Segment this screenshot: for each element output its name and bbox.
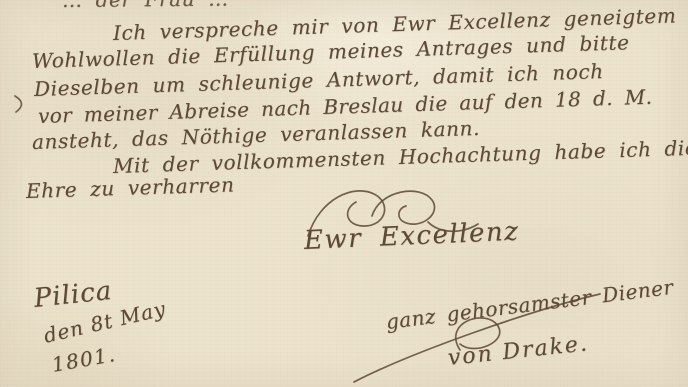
flourish-stroke	[15, 96, 22, 112]
pen-mark-icon	[12, 94, 28, 114]
signature-flourish-icon	[342, 290, 632, 385]
dateline-year: 1801.	[50, 342, 118, 377]
dateline-place: Pilica	[32, 276, 113, 314]
manuscript-line-cropped: … der Frau …	[62, 0, 229, 12]
handwritten-letter-scan: … der Frau … Ich verspreche mir von Ewr …	[0, 0, 688, 387]
manuscript-line: Ehre zu verharren	[26, 172, 235, 203]
